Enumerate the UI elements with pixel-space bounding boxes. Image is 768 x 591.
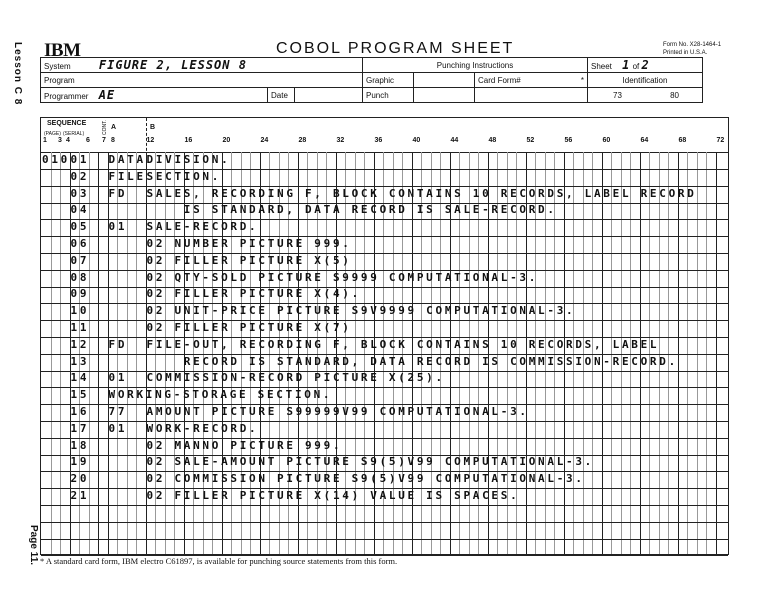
line-b: IS STANDARD, DATA RECORD IS SALE-RECORD. bbox=[147, 203, 557, 216]
code-line[interactable]: 03FDSALES, RECORDING F, BLOCK CONTAINS 1… bbox=[41, 186, 728, 204]
col-number: 64 bbox=[641, 137, 649, 144]
sheet-label: Sheet bbox=[591, 62, 612, 71]
code-line[interactable]: 0802 QTY-SOLD PICTURE S9999 COMPUTATIONA… bbox=[41, 270, 728, 288]
program-field[interactable]: Program bbox=[41, 73, 363, 88]
line-serial: 21 bbox=[71, 489, 90, 502]
col-number: 52 bbox=[527, 137, 535, 144]
line-a: FILE bbox=[109, 170, 146, 183]
line-page: 010 bbox=[42, 153, 70, 166]
code-line[interactable]: 13 RECORD IS STANDARD, DATA RECORD IS CO… bbox=[41, 354, 728, 372]
graphic-label: Graphic bbox=[363, 73, 414, 88]
identification-label: Identification bbox=[588, 73, 703, 88]
sheet-current[interactable]: 1 bbox=[622, 58, 630, 72]
line-b: 02 SALE-AMOUNT PICTURE S9(5)V99 COMPUTAT… bbox=[147, 455, 594, 468]
id-start: 73 bbox=[613, 91, 622, 100]
line-serial: 02 bbox=[71, 170, 90, 183]
code-line[interactable]: 0602 NUMBER PICTURE 999. bbox=[41, 236, 728, 254]
line-serial: 17 bbox=[71, 422, 90, 435]
code-line[interactable]: 1401COMMISSION-RECORD PICTURE X(25). bbox=[41, 370, 728, 388]
programmer-value[interactable]: AE bbox=[99, 88, 115, 102]
line-serial: 01 bbox=[71, 153, 90, 166]
col-number: 28 bbox=[299, 137, 307, 144]
col-number: 56 bbox=[565, 137, 573, 144]
lesson-label: Lesson C 8 bbox=[12, 42, 23, 105]
line-a: 01 bbox=[109, 220, 128, 233]
col-number: 32 bbox=[337, 137, 345, 144]
line-b: 02 MANNO PICTURE 999. bbox=[147, 439, 343, 452]
line-serial: 14 bbox=[71, 371, 90, 384]
line-a: DATA bbox=[109, 153, 146, 166]
header-fields: System FIGURE 2, LESSON 8 Punching Instr… bbox=[40, 57, 703, 103]
col-number: 68 bbox=[679, 137, 687, 144]
col-number: 12 bbox=[147, 137, 155, 144]
line-b: WORK-RECORD. bbox=[147, 422, 259, 435]
col-3: 3 bbox=[58, 137, 62, 144]
code-line[interactable]: 1002 UNIT-PRICE PICTURE S9V9999 COMPUTAT… bbox=[41, 303, 728, 321]
code-line[interactable]: 0902 FILLER PICTURE X(4). bbox=[41, 286, 728, 304]
col-number: 20 bbox=[223, 137, 231, 144]
programmer-label: Programmer bbox=[44, 92, 88, 101]
line-b: 02 FILLER PICTURE X(7) bbox=[147, 321, 352, 334]
card-form-value[interactable] bbox=[475, 88, 588, 103]
code-line[interactable]: 0501SALE-RECORD. bbox=[41, 219, 728, 237]
line-serial: 18 bbox=[71, 439, 90, 452]
line-b: SALE-RECORD. bbox=[147, 220, 259, 233]
code-line[interactable] bbox=[41, 522, 728, 540]
code-line[interactable]: 2102 FILLER PICTURE X(14) VALUE IS SPACE… bbox=[41, 488, 728, 506]
line-b: 02 UNIT-PRICE PICTURE S9V9999 COMPUTATIO… bbox=[147, 304, 576, 317]
area-a-label: A bbox=[111, 124, 116, 131]
col-1: 1 bbox=[43, 137, 47, 144]
code-line[interactable]: 04 IS STANDARD, DATA RECORD IS SALE-RECO… bbox=[41, 202, 728, 220]
line-a: WORKING-STORAGE SECTION. bbox=[109, 388, 333, 401]
col-number: 48 bbox=[489, 137, 497, 144]
system-label: System bbox=[44, 62, 71, 71]
line-b: RECORD IS STANDARD, DATA RECORD IS COMMI… bbox=[147, 355, 678, 368]
code-line[interactable]: 1677AMOUNT PICTURE S99999V99 COMPUTATION… bbox=[41, 404, 728, 422]
column-header: SEQUENCE (PAGE) (SERIAL) CONT. A B 1 3 4… bbox=[41, 118, 728, 153]
line-serial: 10 bbox=[71, 304, 90, 317]
line-b: COMMISSION-RECORD PICTURE X(25). bbox=[147, 371, 445, 384]
col-number: 40 bbox=[413, 137, 421, 144]
line-b: 02 QTY-SOLD PICTURE S9999 COMPUTATIONAL-… bbox=[147, 271, 539, 284]
form-number: Form No. X28-1464-1 Printed in U.S.A. bbox=[663, 41, 721, 57]
code-line[interactable] bbox=[41, 538, 728, 556]
col-number: 72 bbox=[717, 137, 725, 144]
code-line[interactable]: 12FDFILE-OUT, RECORDING F, BLOCK CONTAIN… bbox=[41, 337, 728, 355]
line-b: SALES, RECORDING F, BLOCK CONTAINS 10 RE… bbox=[147, 187, 697, 200]
card-form-field[interactable]: Card Form#* bbox=[475, 73, 588, 88]
line-b: 02 COMMISSION PICTURE S9(5)V99 COMPUTATI… bbox=[147, 472, 585, 485]
footnote: * A standard card form, IBM electro C618… bbox=[40, 556, 397, 566]
col-7: 7 bbox=[102, 137, 106, 144]
line-serial: 04 bbox=[71, 203, 90, 216]
code-line[interactable]: 02FILESECTION. bbox=[41, 169, 728, 187]
code-line[interactable]: 2002 COMMISSION PICTURE S9(5)V99 COMPUTA… bbox=[41, 471, 728, 489]
area-b-label: B bbox=[150, 124, 155, 131]
line-serial: 19 bbox=[71, 455, 90, 468]
line-serial: 08 bbox=[71, 271, 90, 284]
line-b: 02 FILLER PICTURE X(4). bbox=[147, 287, 361, 300]
code-line[interactable]: 1102 FILLER PICTURE X(7) bbox=[41, 320, 728, 338]
line-serial: 16 bbox=[71, 405, 90, 418]
sheet-total[interactable]: 2 bbox=[642, 58, 650, 72]
line-b: 02 FILLER PICTURE X(5) bbox=[147, 254, 352, 267]
code-line[interactable]: 15WORKING-STORAGE SECTION. bbox=[41, 387, 728, 405]
code-line[interactable]: 01001DATADIVISION. bbox=[41, 152, 728, 170]
line-a: 01 bbox=[109, 422, 128, 435]
punch-label: Punch bbox=[363, 88, 414, 103]
code-line[interactable] bbox=[41, 505, 728, 523]
program-label: Program bbox=[44, 76, 75, 85]
col-4: 4 bbox=[66, 137, 70, 144]
graphic-boxes[interactable] bbox=[414, 73, 475, 88]
punch-boxes[interactable] bbox=[414, 88, 475, 103]
id-end: 80 bbox=[670, 91, 679, 100]
line-b: 02 FILLER PICTURE X(14) VALUE IS SPACES. bbox=[147, 489, 520, 502]
line-a: 77 bbox=[109, 405, 128, 418]
line-b: SECTION. bbox=[147, 170, 222, 183]
col-number: 36 bbox=[375, 137, 383, 144]
line-serial: 15 bbox=[71, 388, 90, 401]
line-serial: 06 bbox=[71, 237, 90, 250]
sheet-field[interactable]: Sheet 1 of 2 bbox=[588, 58, 703, 73]
sheet-title: COBOL PROGRAM SHEET bbox=[276, 40, 514, 58]
line-serial: 12 bbox=[71, 338, 90, 351]
page-label: Page 11. bbox=[28, 525, 39, 565]
card-form-label: Card Form# bbox=[478, 76, 521, 85]
line-serial: 05 bbox=[71, 220, 90, 233]
col-number: 24 bbox=[261, 137, 269, 144]
system-field[interactable]: System FIGURE 2, LESSON 8 bbox=[41, 58, 363, 73]
sequence-label: SEQUENCE bbox=[47, 120, 86, 127]
punching-instructions: Punching Instructions bbox=[363, 58, 588, 73]
code-line[interactable]: 1902 SALE-AMOUNT PICTURE S9(5)V99 COMPUT… bbox=[41, 454, 728, 472]
identification-field[interactable]: 73 80 bbox=[588, 88, 703, 103]
line-serial: 13 bbox=[71, 355, 90, 368]
col-8: 8 bbox=[111, 137, 115, 144]
code-line[interactable]: 1802 MANNO PICTURE 999. bbox=[41, 438, 728, 456]
code-line[interactable]: 0702 FILLER PICTURE X(5) bbox=[41, 253, 728, 271]
printed-text: Printed in U.S.A. bbox=[663, 49, 721, 57]
line-a: FD bbox=[109, 338, 128, 351]
col-number: 16 bbox=[185, 137, 193, 144]
line-b: DIVISION. bbox=[147, 153, 231, 166]
line-serial: 20 bbox=[71, 472, 90, 485]
col-number: 44 bbox=[451, 137, 459, 144]
line-serial: 03 bbox=[71, 187, 90, 200]
code-line[interactable]: 1701WORK-RECORD. bbox=[41, 421, 728, 439]
system-value[interactable]: FIGURE 2, LESSON 8 bbox=[99, 58, 247, 72]
line-b: FILE-OUT, RECORDING F, BLOCK CONTAINS 10… bbox=[147, 338, 660, 351]
col-number: 60 bbox=[603, 137, 611, 144]
form-number-text: Form No. X28-1464-1 bbox=[663, 41, 721, 49]
sheet-of: of bbox=[633, 62, 640, 71]
card-form-star: * bbox=[581, 76, 584, 85]
line-serial: 09 bbox=[71, 287, 90, 300]
line-b: AMOUNT PICTURE S99999V99 COMPUTATIONAL-3… bbox=[147, 405, 529, 418]
line-b: 02 NUMBER PICTURE 999. bbox=[147, 237, 352, 250]
date-label: Date bbox=[268, 88, 295, 103]
line-serial: 11 bbox=[71, 321, 90, 334]
col-6: 6 bbox=[86, 137, 90, 144]
line-a: 01 bbox=[109, 371, 128, 384]
programmer-field[interactable]: Programmer AE bbox=[41, 88, 268, 103]
cont-label: CONT. bbox=[102, 120, 108, 135]
line-a: FD bbox=[109, 187, 128, 200]
date-value[interactable] bbox=[295, 88, 363, 103]
line-serial: 07 bbox=[71, 254, 90, 267]
coding-grid: SEQUENCE (PAGE) (SERIAL) CONT. A B 1 3 4… bbox=[40, 117, 729, 555]
